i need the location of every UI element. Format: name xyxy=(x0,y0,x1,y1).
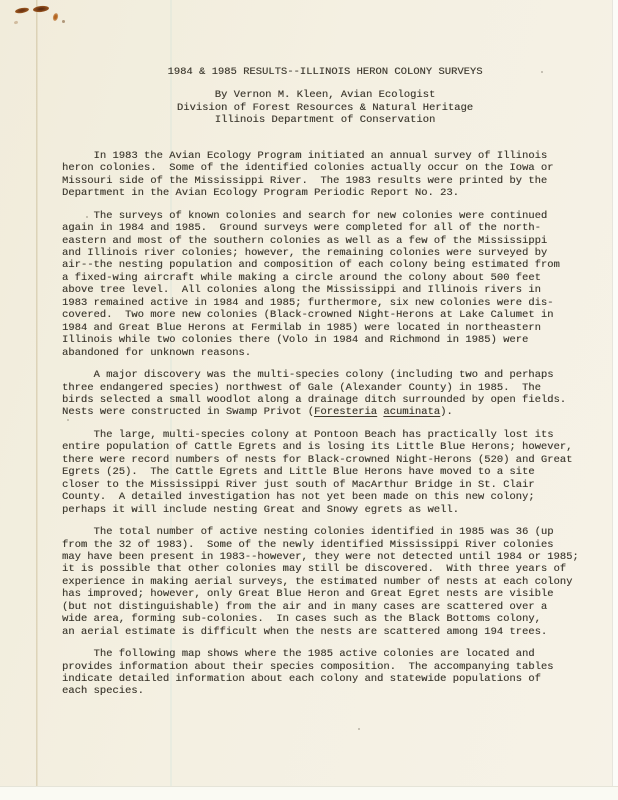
page-title: 1984 & 1985 RESULTS--ILLINOIS HERON COLO… xyxy=(62,66,588,78)
paragraph-pontoon-beach: The large, multi-species colony at Ponto… xyxy=(62,429,588,516)
document-page: 1984 & 1985 RESULTS--ILLINOIS HERON COLO… xyxy=(0,0,618,800)
paragraph-totals: The total number of active nesting colon… xyxy=(62,526,588,638)
paragraph-text: ). xyxy=(440,406,453,418)
rust-stain xyxy=(14,20,19,24)
latin-name-genus: Foresteria xyxy=(314,406,377,418)
scanner-edge-right xyxy=(612,0,618,800)
rust-stain xyxy=(33,5,50,13)
paragraph-map-note: The following map shows where the 1985 a… xyxy=(62,648,588,698)
scanner-edge-bottom xyxy=(0,786,618,800)
rust-stain xyxy=(62,20,65,23)
typewritten-text-column: 1984 & 1985 RESULTS--ILLINOIS HERON COLO… xyxy=(62,66,588,708)
rust-stain xyxy=(15,7,30,14)
dust-speck xyxy=(358,728,360,730)
paragraph-discovery: A major discovery was the multi-species … xyxy=(62,369,588,419)
page-fold-line xyxy=(36,0,38,787)
latin-name-species: acuminata xyxy=(383,406,440,418)
rust-stain xyxy=(52,13,59,22)
byline: By Vernon M. Kleen, Avian Ecologist Divi… xyxy=(62,89,588,126)
paragraph-intro: In 1983 the Avian Ecology Program initia… xyxy=(62,150,588,200)
paragraph-surveys: The surveys of known colonies and search… xyxy=(62,210,588,359)
